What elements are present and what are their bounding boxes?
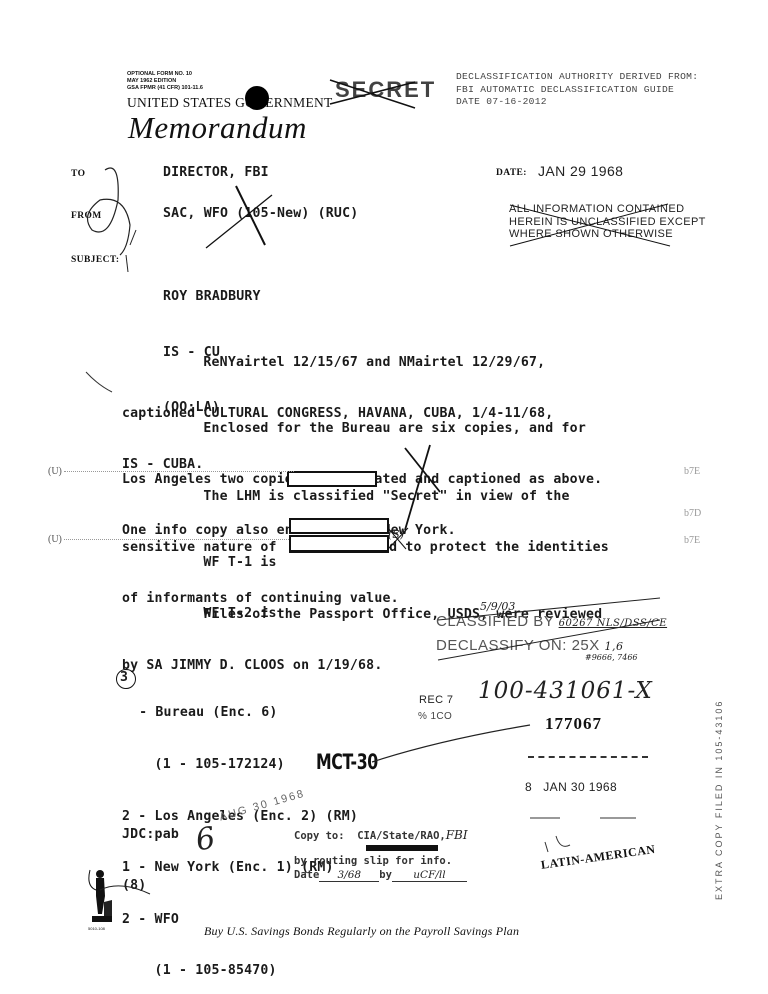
body-line: Enclosed for the Bureau are six copies, …	[122, 420, 602, 437]
declassify-sub-hand: #9666, 7466	[585, 653, 638, 662]
vertical-file-stamp: EXTRA COPY FILED IN 105-43106	[714, 640, 724, 900]
stamp-text: CLASSIFIED BY	[436, 613, 554, 630]
redaction-box	[289, 535, 389, 553]
mct-stamp: MCT-30	[316, 750, 378, 774]
to-value: DIRECTOR, FBI	[163, 165, 269, 180]
date-label-text: Date	[294, 869, 319, 881]
body-text: and to protect the identities	[365, 540, 609, 555]
declass-line: FBI AUTOMATIC DECLASSIFICATION GUIDE	[456, 84, 698, 97]
from-label: FROM	[71, 211, 102, 221]
routing-date-hand: 3/68	[319, 869, 379, 882]
struck-classification: SECRET	[335, 77, 436, 103]
form-line: MAY 1962 EDITION	[127, 78, 203, 85]
exemption-code: b7E	[684, 535, 700, 546]
routing-by-hand: uCF/ll	[392, 869, 467, 882]
copy-count: (8)	[122, 877, 179, 894]
government-heading: UNITED STATES GOVERNMENT	[127, 95, 333, 111]
redaction-bar	[366, 845, 438, 851]
informant-label: WF T-1 is	[122, 554, 277, 571]
handwritten-text: 1,6	[604, 640, 623, 653]
routing-slip-line: by routing slip for info.	[294, 855, 452, 867]
form-line: GSA FPMR (41 CFR) 101-11.6	[127, 85, 203, 92]
punch-hole-mark	[245, 86, 269, 110]
file-number-handwritten: 100-431061-X	[478, 678, 653, 704]
received-date: JAN 30 1968	[543, 780, 617, 794]
form-line: OPTIONAL FORM NO. 10	[127, 71, 203, 78]
stamp-line: ALL INFORMATION CONTAINED	[509, 203, 706, 216]
form-number-block: OPTIONAL FORM NO. 10 MAY 1962 EDITION GS…	[127, 71, 203, 92]
copy-to-line: Copy to: CIA/State/RAO,FBI	[294, 828, 468, 842]
redaction-box	[289, 518, 389, 534]
logo-caption: 5010-108	[88, 926, 105, 931]
redaction-box	[287, 471, 377, 487]
from-value: SAC, WFO (105-New) (RUC)	[163, 206, 358, 221]
received-stamp: 8 JAN 30 1968	[525, 781, 617, 794]
unclassified-stamp: ALL INFORMATION CONTAINED HEREIN IS UNCL…	[509, 203, 706, 241]
exemption-code: b7E	[684, 466, 700, 477]
handwritten-s-mark: (S)	[388, 528, 404, 541]
received-prefix: 8	[525, 780, 532, 794]
stamp-text: DECLASSIFY ON: 25X	[436, 637, 600, 654]
portion-marking: (U)	[48, 534, 62, 545]
portion-leader-line	[64, 539, 289, 540]
body-line: ReNYairtel 12/15/67 and NMairtel 12/29/6…	[122, 354, 553, 371]
savings-bond-slogan: Buy U.S. Savings Bonds Regularly on the …	[204, 924, 519, 939]
stamp-rule	[528, 756, 648, 758]
copy-to-text: Copy to: CIA/State/RAO,	[294, 830, 446, 842]
to-label: TO	[71, 169, 85, 179]
declassification-notice: DECLASSIFICATION AUTHORITY DERIVED FROM:…	[456, 71, 698, 109]
routing-date-line: Date3/68byuCF/ll	[294, 869, 467, 882]
section-stamp: LATIN-AMERICAN	[540, 842, 656, 873]
subject-label: SUBJECT:	[71, 255, 119, 265]
declass-line: DATE 07-16-2012	[456, 96, 698, 109]
declassify-on-line: DECLASSIFY ON: 25X 1,6	[436, 637, 623, 654]
distribution-line: (1 - 105-85470)	[122, 962, 358, 979]
rec-stamp: REC 7	[419, 694, 453, 707]
stamp-line: WHERE SHOWN OTHERWISE	[509, 228, 706, 241]
date-label: DATE:	[496, 168, 527, 178]
classified-by-hand-date: 5/9/03	[480, 600, 515, 613]
handwritten-text: 60267 NLS/DSS/CE	[559, 618, 667, 629]
date-value: JAN 29 1968	[538, 165, 623, 178]
serial-number: 177067	[545, 714, 602, 734]
portion-marking: (U)	[48, 466, 62, 477]
exemption-code: b7D	[684, 508, 701, 519]
by-label-text: by	[379, 869, 392, 881]
minuteman-icon	[86, 866, 116, 924]
stamp-line: HEREIN IS UNCLASSIFIED EXCEPT	[509, 216, 706, 229]
rec-stamp-sub: % 1CO	[418, 710, 452, 723]
typist-block: JDC:pab (8)	[122, 792, 179, 911]
typist-initials: JDC:pab	[122, 826, 179, 843]
portion-leader-line	[64, 471, 294, 472]
declass-line: DECLASSIFICATION AUTHORITY DERIVED FROM:	[456, 71, 698, 84]
body-line: The LHM is classified "Secret" in view o…	[122, 488, 609, 505]
subject-line: ROY BRADBURY	[163, 288, 261, 307]
minuteman-logo	[86, 866, 116, 924]
classified-by-line: CLASSIFIED BY 60267 NLS/DSS/CE	[436, 613, 667, 630]
memo-title: Memorandum	[128, 110, 307, 146]
distribution-line: - Bureau (Enc. 6)	[122, 704, 358, 721]
copy-to-hand: FBI	[446, 828, 468, 842]
